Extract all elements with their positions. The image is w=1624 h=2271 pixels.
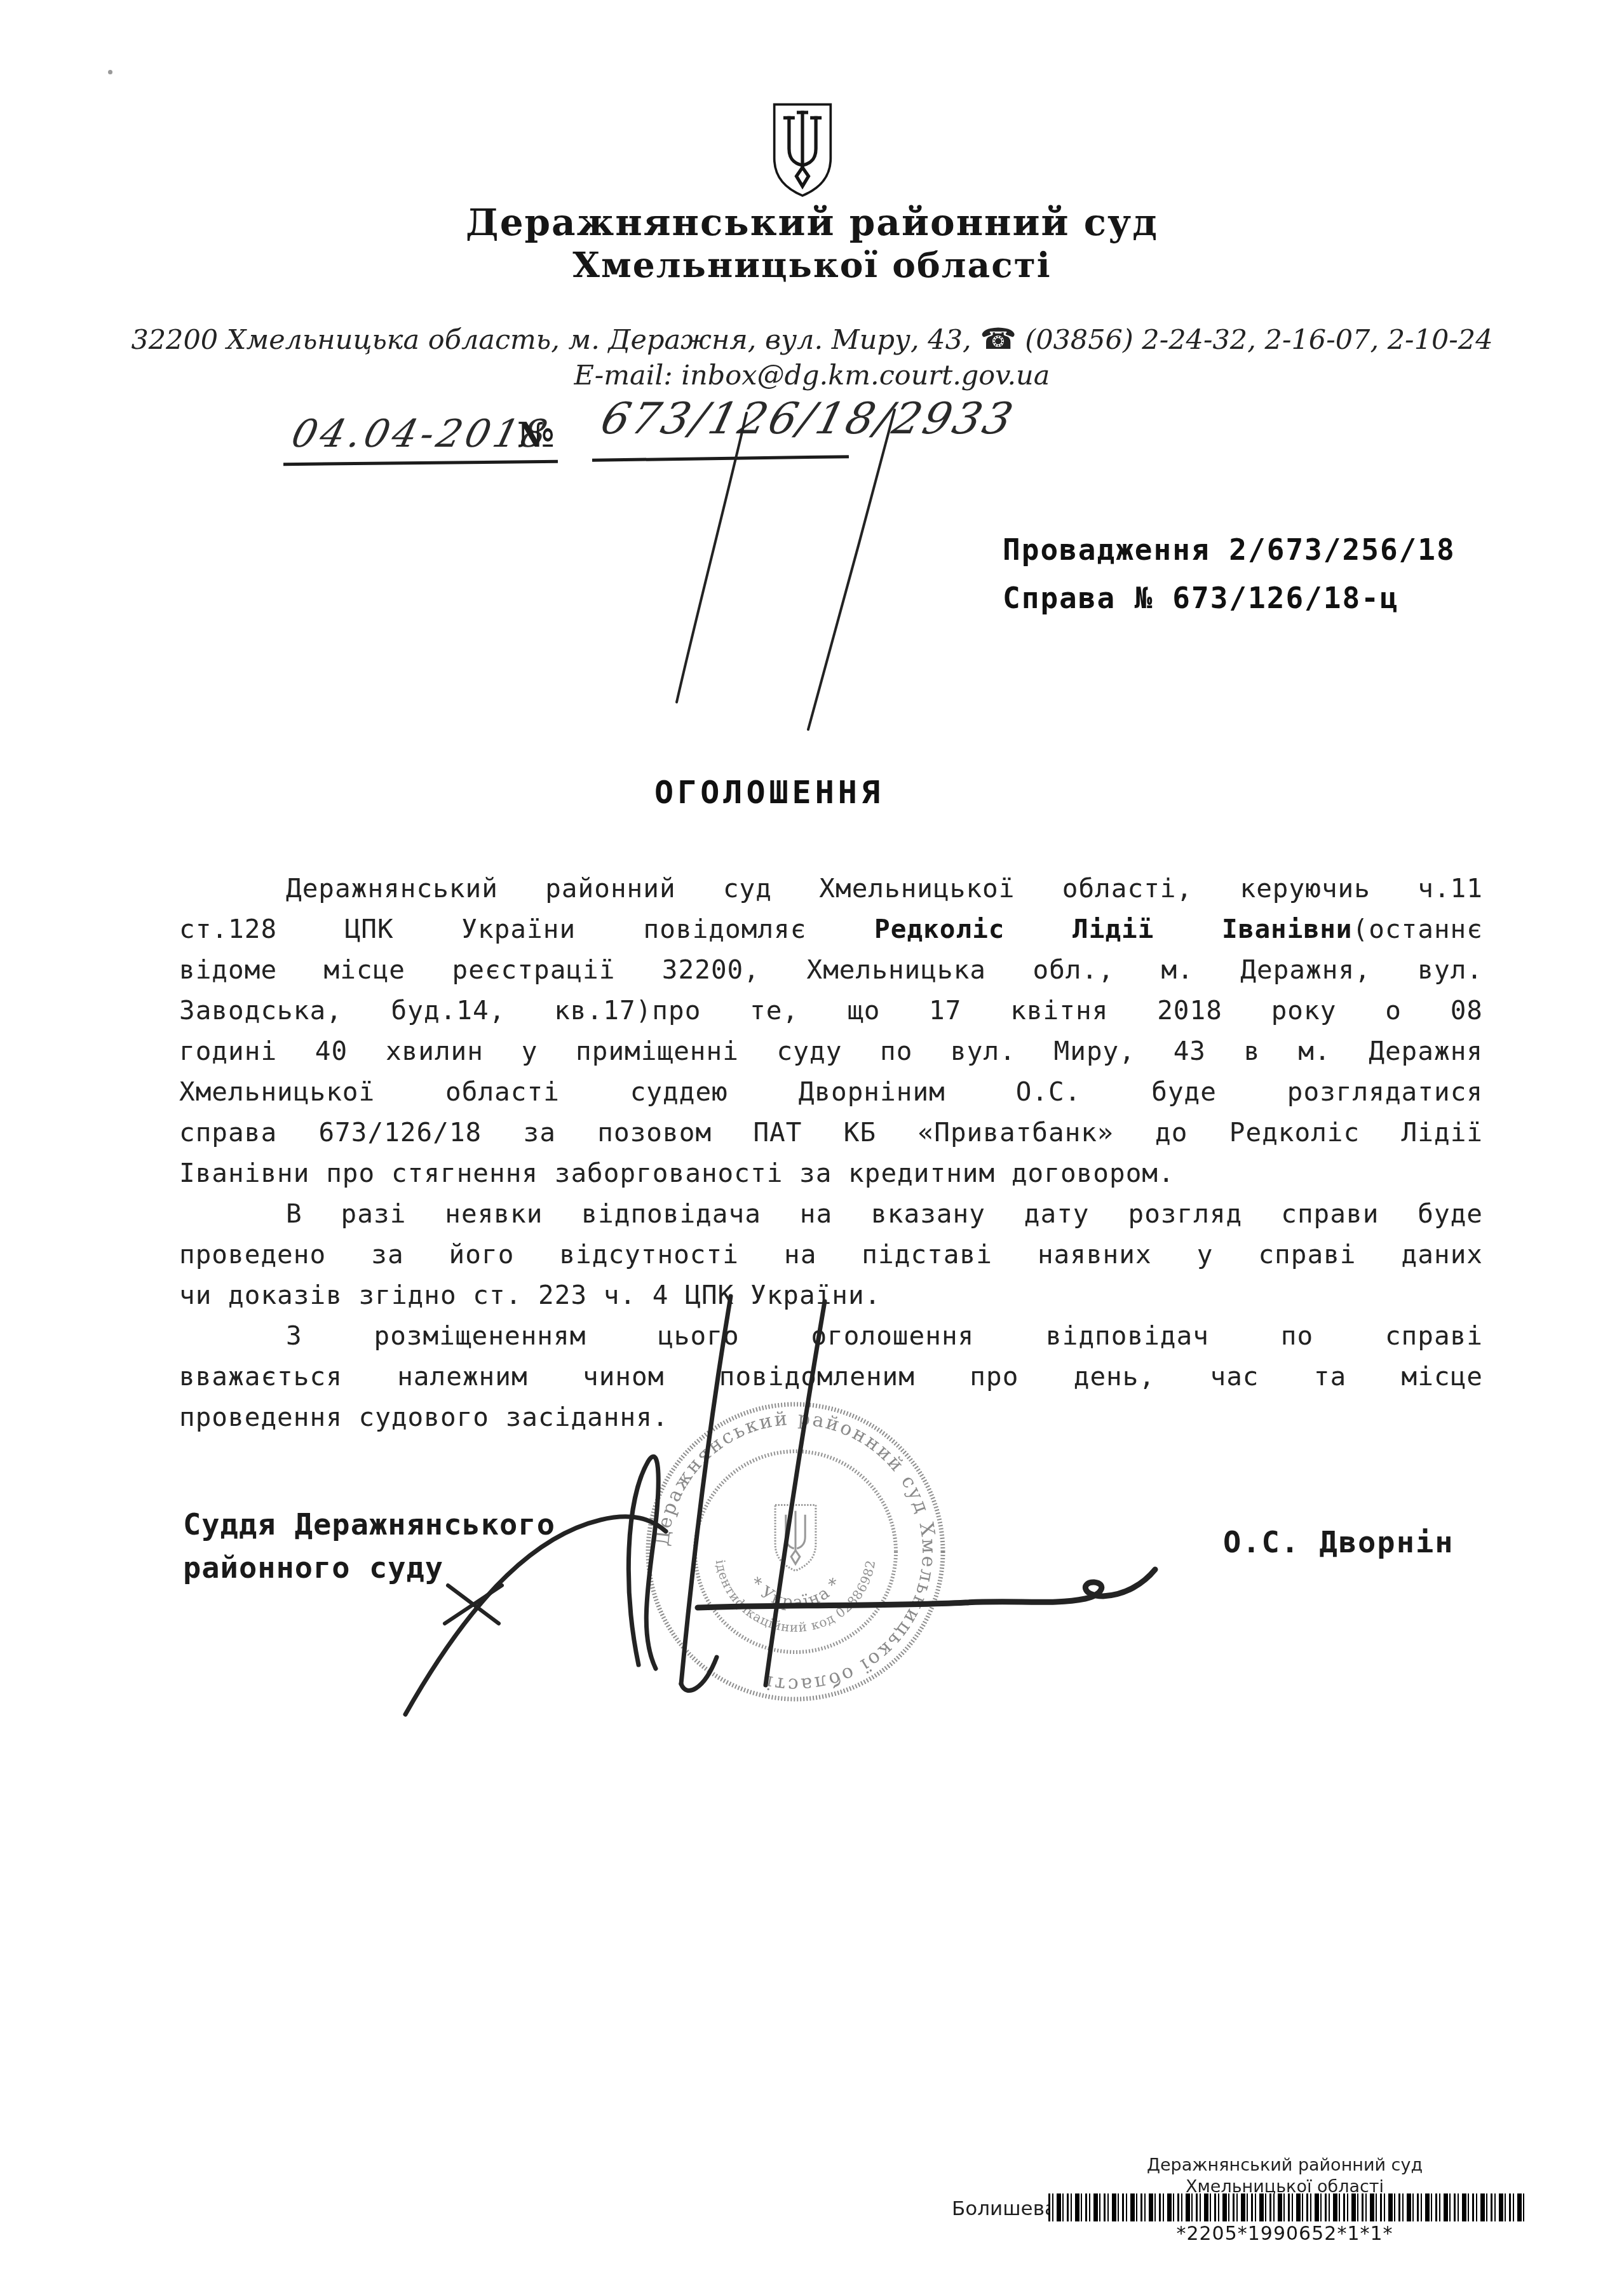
signature-ink-overlay	[0, 0, 1624, 2271]
signature-stroke	[405, 1517, 666, 1714]
signature-stroke	[628, 1456, 658, 1669]
handwriting-slash-stroke	[677, 413, 747, 702]
signature-stroke	[681, 1296, 731, 1684]
handwriting-slash-stroke	[808, 410, 895, 729]
barcode-caption: *2205*1990652*1*1*	[1078, 2223, 1491, 2245]
signature-stroke	[698, 1569, 1155, 1608]
registration-barcode	[1048, 2193, 1525, 2221]
footer-court-line1: Деражнянський районний суд	[1078, 2155, 1491, 2176]
court-announcement-document: Деражнянський районний суд Хмельницької …	[0, 0, 1624, 2271]
operator-name: Болишева	[952, 2197, 1057, 2220]
signature-stroke	[681, 1657, 717, 1690]
signature-stroke	[766, 1301, 825, 1685]
